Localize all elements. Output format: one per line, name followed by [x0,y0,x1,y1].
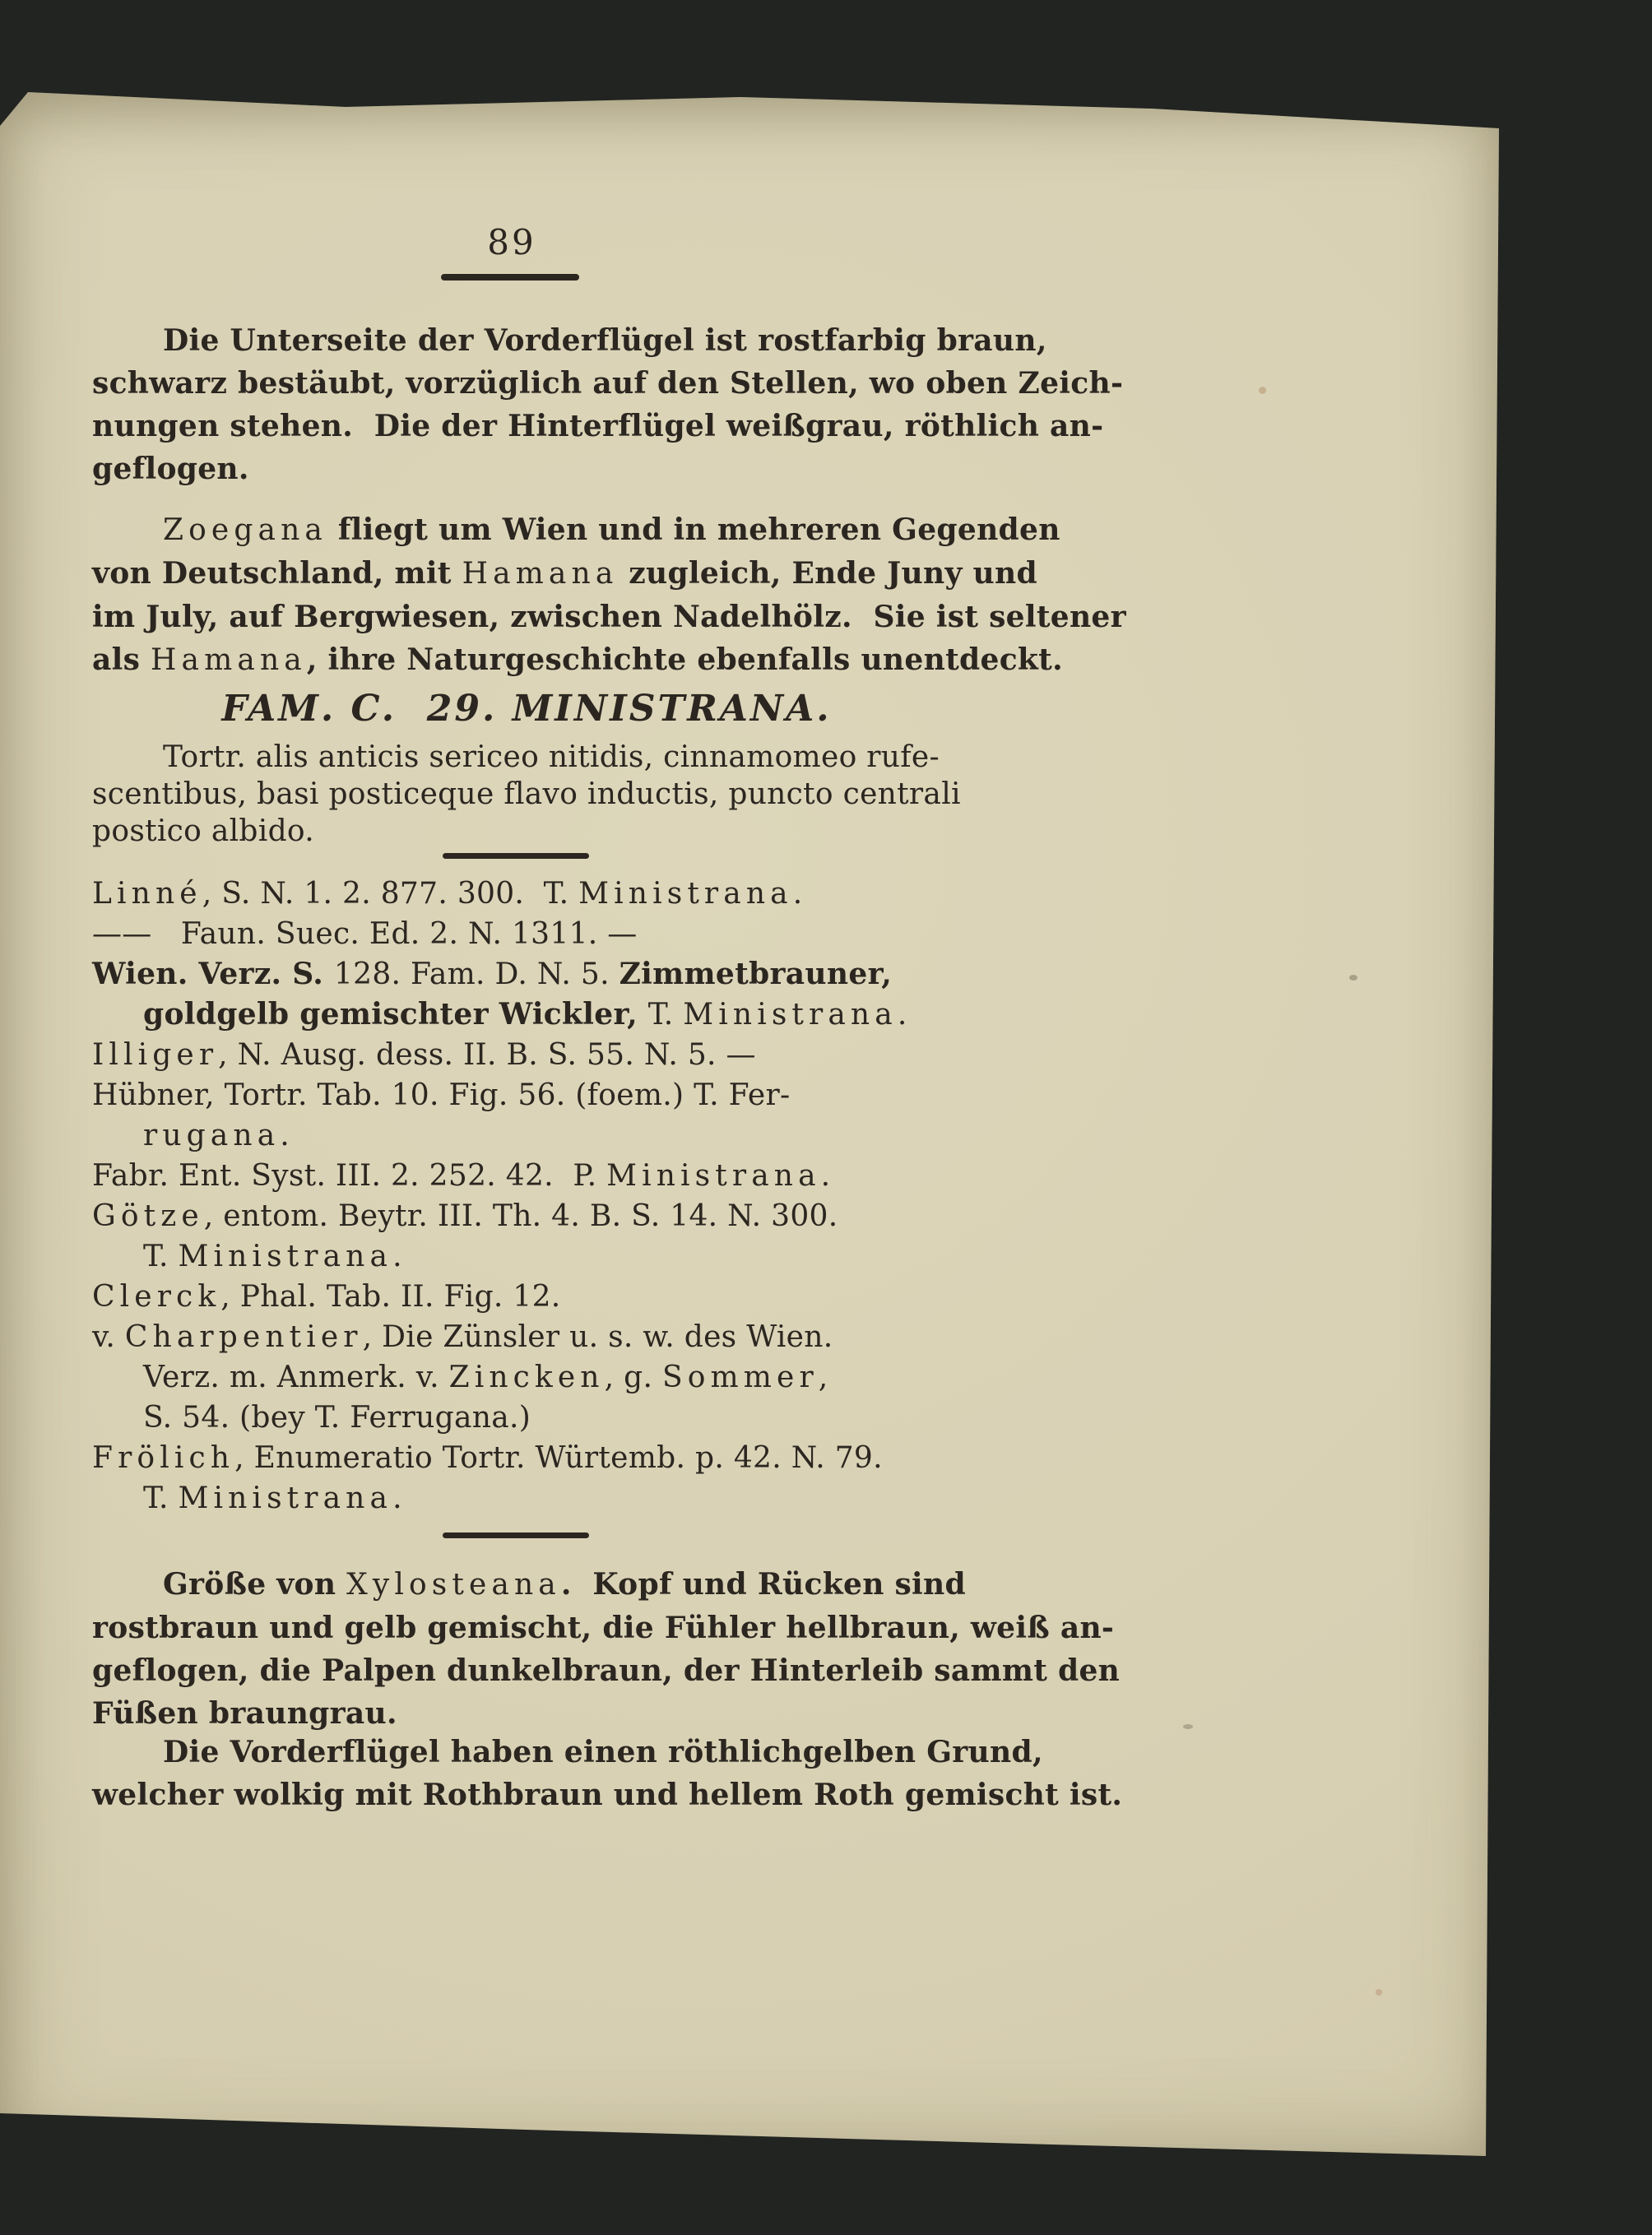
author-name: Clerck [92,1280,220,1314]
reference-line: T. Ministrana. [92,1236,961,1277]
text-segment: Fabr. Ent. Syst. III. 2. 252. 42. P. [92,1159,606,1193]
species-name: Ministrana [606,1159,821,1193]
text-line: Füßen braungrau. [92,1692,961,1735]
text-segment: Verz. m. Anmerk. v. [143,1361,449,1394]
text-segment: als [92,642,151,677]
header-rule [441,274,579,281]
reference-line: v. Charpentier, Die Zünsler u. s. w. des… [92,1317,961,1357]
reference-line: goldgelb gemischter Wickler, T. Ministra… [92,995,961,1035]
reference-line: Clerck, Phal. Tab. II. Fig. 12. [92,1277,961,1317]
text-segment: T. [648,998,684,1032]
text-line: Größe von Xylosteana. Kopf und Rücken si… [92,1563,961,1607]
text-line: postico albido. [92,813,961,850]
text-segment: Wien. Verz. S. [92,957,334,991]
text-segment: , [819,1361,828,1394]
reference-line: S. 54. (bey T. Ferrugana.) [92,1398,961,1438]
text-segment: , Die Zünsler u. s. w. des Wien. [363,1320,833,1354]
text-segment: geflogen. [92,452,249,486]
text-segment: . [280,1119,290,1152]
text-segment: Die Vorderflügel haben einen röthlichgel… [163,1735,1043,1769]
paragraph-unterseite: Die Unterseite der Vorderflügel ist rost… [92,319,961,490]
text-line: Zoegana fliegt um Wien und in mehreren G… [92,508,961,552]
text-segment: v. [92,1320,125,1354]
text-segment: . [392,1481,402,1515]
text-segment: , g. [605,1361,662,1394]
text-segment: . [821,1159,831,1193]
species-name: Zoegana [163,513,327,547]
text-segment: goldgelb gemischter Wickler, [143,997,648,1032]
author-name: Linné [92,877,202,911]
text-segment: Größe von [163,1567,346,1602]
text-segment: Die Unterseite der Vorderflügel ist rost… [163,323,1047,358]
paper-speck [1376,1989,1382,1996]
reference-line: rugana. [92,1115,961,1156]
paper-speck [1183,1724,1193,1729]
text-segment: nungen stehen. Die der Hinterflügel weiß… [92,409,1103,443]
author-name: Zincken [449,1361,605,1394]
text-segment: schwarz bestäubt, vorzüglich auf den Ste… [92,366,1123,401]
reference-list: Linné, S. N. 1. 2. 877. 300. T. Ministra… [92,874,961,1519]
text-segment: welcher wolkig mit Rothbraun und hellem … [92,1778,1122,1812]
author-name: Götze [92,1199,204,1233]
text-segment: , Enumeratio Tortr. Würtemb. p. 42. N. 7… [234,1441,883,1475]
text-line: als Hamana, ihre Naturgeschichte ebenfal… [92,638,961,682]
text-segment: —— Faun. Suec. Ed. 2. N. 1311. — [92,917,638,951]
reference-line: T. Ministrana. [92,1478,961,1519]
text-line: welcher wolkig mit Rothbraun und hellem … [92,1774,961,1816]
text-segment: , entom. Beytr. III. Th. 4. B. S. 14. N.… [204,1199,838,1233]
text-line: Tortr. alis anticis sericeo nitidis, cin… [92,739,961,776]
text-segment: S. 54. (bey T. Ferrugana.) [143,1401,531,1435]
text-segment: im July, auf Bergwiesen, zwischen Nadelh… [92,600,1126,634]
text-segment: , Phal. Tab. II. Fig. 12. [220,1280,560,1314]
paragraph-vorderfluegel: Die Vorderflügel haben einen röthlichgel… [92,1731,961,1816]
text-segment: , S. N. 1. 2. 877. 300. T. [202,877,578,911]
text-segment: . Kopf und Rücken sind [561,1567,966,1602]
text-segment: 128. Fam. D. N. 5. [334,958,619,991]
species-name: Ministrana [683,998,898,1032]
text-segment: zugleich, Ende Juny und [618,556,1037,591]
species-name: Hamana [462,557,619,591]
section-rule-bottom [443,1533,589,1538]
reference-line: Wien. Verz. S. 128. Fam. D. N. 5. Zimmet… [92,954,961,995]
species-name: rugana [143,1119,280,1152]
latin-diagnosis: Tortr. alis anticis sericeo nitidis, cin… [92,739,961,850]
author-name: Charpentier [125,1320,363,1354]
species-name: Ministrana [179,1481,393,1515]
paragraph-zoegana: Zoegana fliegt um Wien und in mehreren G… [92,508,961,682]
text-segment: geflogen, die Palpen dunkelbraun, der Hi… [92,1653,1120,1688]
reference-line: Frölich, Enumeratio Tortr. Würtemb. p. 4… [92,1438,961,1478]
text-line: schwarz bestäubt, vorzüglich auf den Ste… [92,362,961,405]
reference-line: Hübner, Tortr. Tab. 10. Fig. 56. (foem.)… [92,1075,961,1115]
text-segment: , ihre Naturgeschichte ebenfalls unentde… [307,642,1063,677]
author-name: Frölich [92,1441,234,1475]
text-segment: Zimmetbrauner, [619,957,892,991]
reference-line: Linné, S. N. 1. 2. 877. 300. T. Ministra… [92,874,961,914]
reference-line: —— Faun. Suec. Ed. 2. N. 1311. — [92,914,961,954]
text-segment: scentibus, basi posticeque flavo inducti… [92,777,961,811]
text-line: nungen stehen. Die der Hinterflügel weiß… [92,405,961,447]
paper-speck [1259,387,1266,394]
text-line: Die Unterseite der Vorderflügel ist rost… [92,319,961,362]
species-name: Ministrana [179,1240,393,1273]
text-line: im July, auf Bergwiesen, zwischen Nadelh… [92,596,961,638]
species-name: Ministrana [578,877,793,911]
reference-line: Verz. m. Anmerk. v. Zincken, g. Sommer, [92,1357,961,1398]
text-segment: . [793,877,803,911]
text-segment: Tortr. alis anticis sericeo nitidis, cin… [163,740,940,774]
text-line: geflogen. [92,447,961,490]
book-page-scan: 89 Die Unterseite der Vorderflügel ist r… [0,0,1652,2235]
paper-speck [1349,975,1357,981]
text-segment: rostbraun und gelb gemischt, die Fühler … [92,1611,1114,1645]
reference-line: Fabr. Ent. Syst. III. 2. 252. 42. P. Min… [92,1156,961,1196]
text-segment: T. [143,1240,179,1273]
text-segment: fliegt um Wien und in mehreren Gegenden [327,512,1060,547]
text-segment: von Deutschland, mit [92,556,462,591]
text-segment: postico albido. [92,814,314,848]
text-line: Die Vorderflügel haben einen röthlichgel… [92,1731,961,1774]
text-segment: Füßen braungrau. [92,1696,397,1731]
text-line: von Deutschland, mit Hamana zugleich, En… [92,552,961,596]
section-rule-top [443,853,589,859]
text-line: rostbraun und gelb gemischt, die Fühler … [92,1607,961,1649]
section-heading: FAM. C. 29. MINISTRANA. [92,688,961,730]
author-name: Sommer [662,1361,819,1394]
text-segment: , N. Ausg. dess. II. B. S. 55. N. 5. — [218,1038,756,1072]
reference-line: Götze, entom. Beytr. III. Th. 4. B. S. 1… [92,1196,961,1236]
paragraph-groesse: Größe von Xylosteana. Kopf und Rücken si… [92,1563,961,1735]
author-name: Illiger [92,1038,218,1072]
text-line: scentibus, basi posticeque flavo inducti… [92,776,961,813]
text-segment: Hübner, Tortr. Tab. 10. Fig. 56. (foem.)… [92,1078,791,1112]
text-segment: . [898,998,907,1032]
text-line: geflogen, die Palpen dunkelbraun, der Hi… [92,1649,961,1692]
species-name: Hamana [151,643,307,677]
text-segment: . [392,1240,402,1273]
page-number: 89 [92,222,931,262]
reference-line: Illiger, N. Ausg. dess. II. B. S. 55. N.… [92,1035,961,1075]
text-segment: T. [143,1481,179,1515]
species-name: Xylosteana [346,1568,561,1602]
